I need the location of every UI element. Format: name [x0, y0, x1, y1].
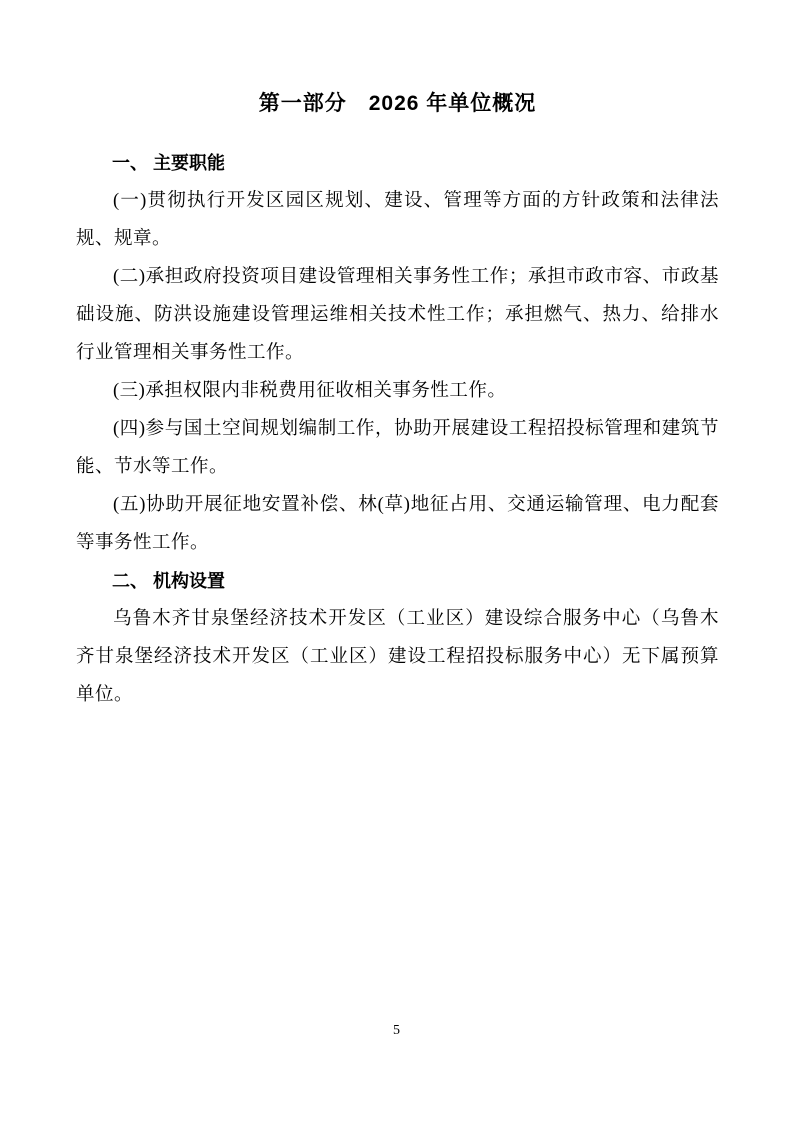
- document-content: 第一部分 2026 年单位概况 一、 主要职能 (一)贯彻执行开发区园区规划、建…: [76, 88, 719, 714]
- document-page: 第一部分 2026 年单位概况 一、 主要职能 (一)贯彻执行开发区园区规划、建…: [0, 0, 793, 1122]
- paragraph-duty-2: (二)承担政府投资项目建设管理相关事务性工作；承担市政市容、市政基础设施、防洪设…: [76, 258, 719, 372]
- paragraph-duty-3: (三)承担权限内非税费用征收相关事务性工作。: [76, 372, 719, 410]
- section-heading-organization: 二、 机构设置: [76, 562, 719, 600]
- section-heading-main-duties: 一、 主要职能: [76, 144, 719, 182]
- paragraph-duty-1: (一)贯彻执行开发区园区规划、建设、管理等方面的方针政策和法律法规、规章。: [76, 182, 719, 258]
- paragraph-duty-4: (四)参与国土空间规划编制工作，协助开展建设工程招投标管理和建筑节能、节水等工作…: [76, 410, 719, 486]
- paragraph-organization: 乌鲁木齐甘泉堡经济技术开发区（工业区）建设综合服务中心（乌鲁木齐甘泉堡经济技术开…: [76, 600, 719, 714]
- page-title: 第一部分 2026 年单位概况: [76, 88, 719, 120]
- paragraph-duty-5: (五)协助开展征地安置补偿、林(草)地征占用、交通运输管理、电力配套等事务性工作…: [76, 486, 719, 562]
- page-number: 5: [0, 1022, 793, 1040]
